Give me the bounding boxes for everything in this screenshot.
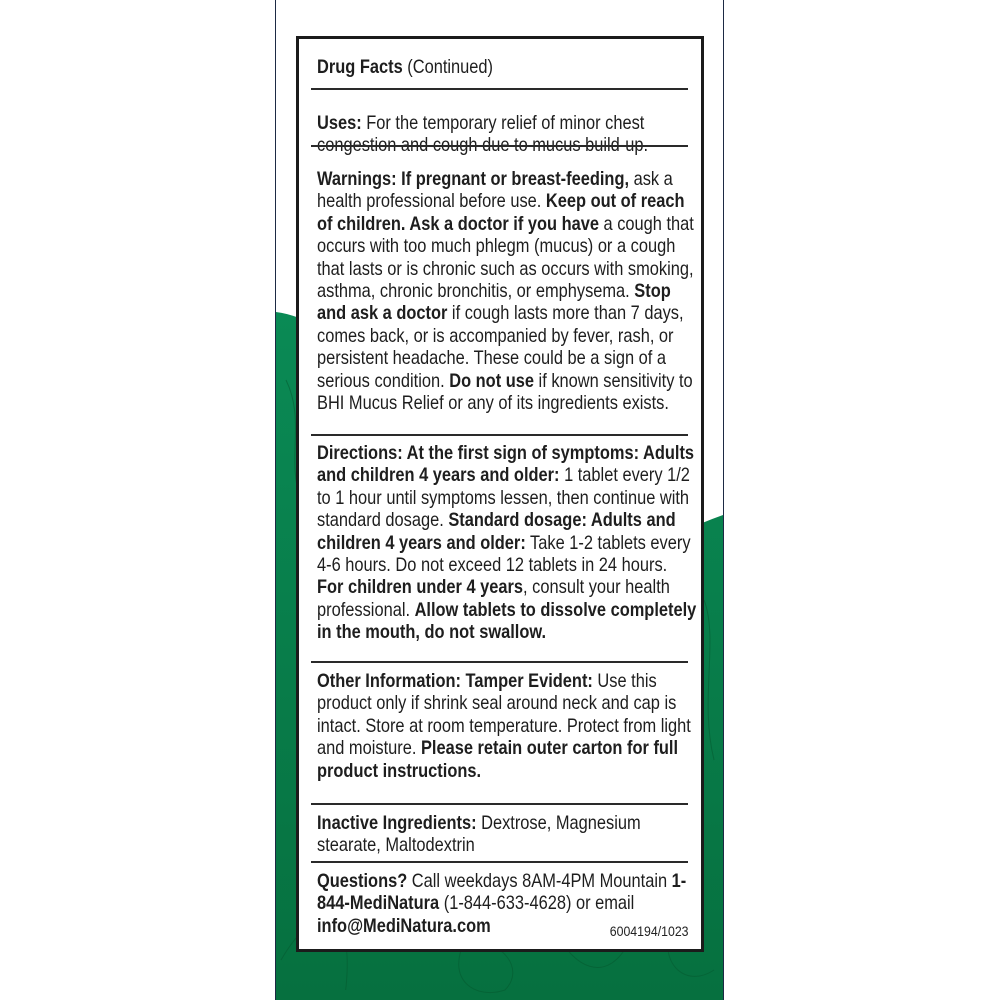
warnings-do-not-use: Do not use: [449, 371, 534, 392]
divider: [311, 861, 688, 863]
drug-facts-header: Drug Facts (Continued): [317, 57, 697, 79]
package-panel: Drug Facts (Continued) Uses: For the tem…: [275, 0, 724, 1000]
uses-heading: Uses:: [317, 113, 362, 134]
header-title: Drug Facts: [317, 57, 403, 78]
inactive-heading: Inactive Ingredients:: [317, 813, 477, 834]
warnings-section: Warnings: If pregnant or breast-feeding,…: [317, 169, 697, 415]
other-info-section: Other Information: Tamper Evident: Use t…: [317, 671, 697, 783]
questions-heading: Questions?: [317, 871, 407, 892]
inactive-ingredients-section: Inactive Ingredients: Dextrose, Magnesiu…: [317, 813, 697, 858]
other-info-heading: Other Information: Tamper Evident:: [317, 671, 593, 692]
uses-text: For the temporary relief of minor chest …: [317, 113, 648, 156]
directions-section: Directions: At the first sign of symptom…: [317, 443, 697, 645]
header-subtitle: (Continued): [403, 57, 493, 78]
email-address: info@MediNatura.com: [317, 916, 491, 937]
directions-children: For children under 4 years: [317, 577, 523, 598]
uses-section: Uses: For the temporary relief of minor …: [317, 113, 697, 158]
drug-facts-box: Drug Facts (Continued) Uses: For the tem…: [296, 36, 704, 952]
divider: [311, 434, 688, 436]
warnings-heading: Warnings: If pregnant or breast-feeding,: [317, 169, 629, 190]
divider: [311, 145, 688, 147]
divider: [311, 803, 688, 805]
lot-code: 6004194/1023: [610, 923, 689, 939]
questions-text: Call weekdays 8AM-4PM Mountain: [407, 871, 671, 892]
divider: [311, 661, 688, 663]
divider: [311, 88, 688, 90]
questions-text: (1-844-633-4628) or email: [439, 893, 634, 914]
